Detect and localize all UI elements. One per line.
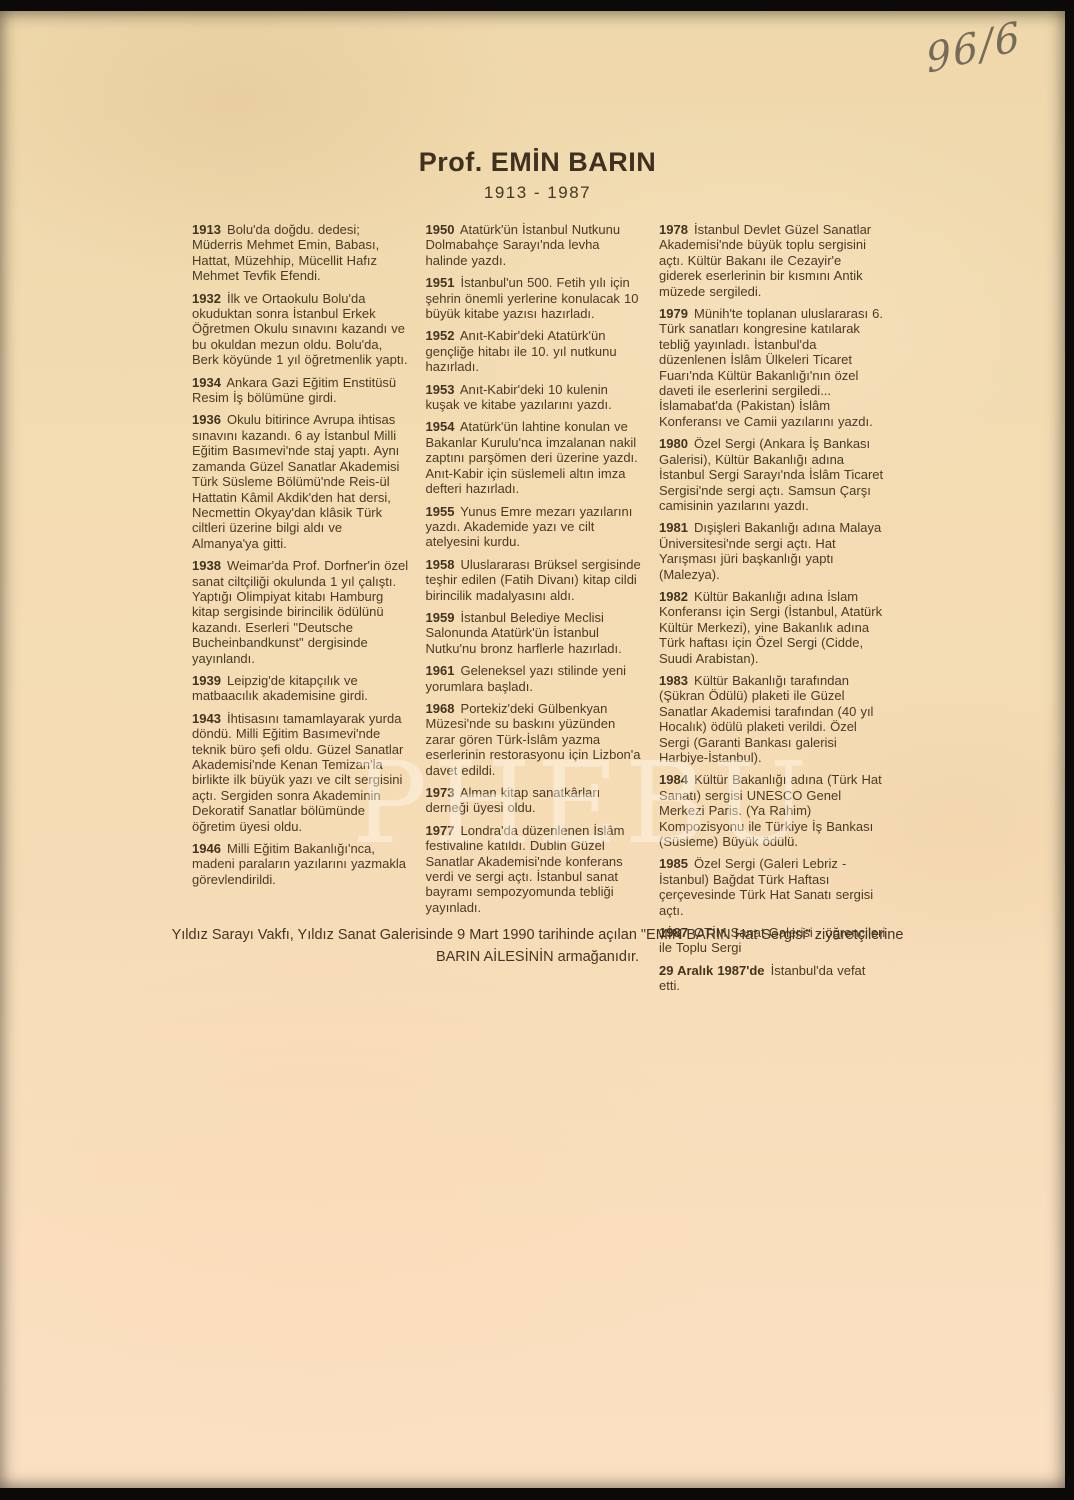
entry-text: Özel Sergi (Ankara İş Bankası Galerisi),… [659,436,883,513]
scanned-document: { "page": { "annotation": "96/6", "water… [0,0,1074,1500]
entry-year: 1978 [659,222,688,237]
timeline-entry: 1936 Okulu bitirince Avrupa ihtisas sına… [192,412,411,551]
entry-text: Anıt-Kabir'deki Atatürk'ün gençliğe hita… [426,328,617,374]
entry-text: İstanbul Belediye Meclisi Salonunda Atat… [426,610,622,656]
entry-year: 1943 [192,711,221,726]
footer-line-2: BARIN AİLESİNİN armağanıdır. [90,946,985,968]
entry-year: 1968 [426,701,455,716]
entry-year: 1951 [426,275,455,290]
entry-year: 1932 [192,291,221,306]
timeline-entry: 1939 Leipzig'de kitapçılık ve matbaacılı… [192,673,411,704]
entry-text: İstanbul Devlet Güzel Sanatlar Akademisi… [659,222,871,299]
timeline-entry: 1952 Anıt-Kabir'deki Atatürk'ün gençliğe… [426,328,645,374]
lifespan-dates: 1913 - 1987 [190,183,885,203]
entry-text: Kültür Bakanlığı adına İslam Konferansı … [659,589,882,666]
entry-year: 1938 [192,558,221,573]
entry-text: Dışişleri Bakanlığı adına Malaya Ünivers… [659,520,881,581]
timeline-columns: 1913 Bolu'da doğdu. dedesi; Müderris Meh… [192,222,887,1001]
timeline-entry: 1932 İlk ve Ortaokulu Bolu'da okuduktan … [192,291,411,368]
entry-text: Weimar'da Prof. Dorfner'in özel sanat ci… [192,558,408,665]
entry-year: 1985 [659,856,688,871]
entry-year: 1950 [426,222,455,237]
paper-sheet: 96/6 Prof. EMİN BARIN 1913 - 1987 1913 B… [0,11,1065,1488]
timeline-entry: 1983 Kültür Bakanlığı tarafından (Şükran… [659,673,887,765]
entry-year: 1983 [659,673,688,688]
entry-year: 1980 [659,436,688,451]
timeline-entry: 1961 Geleneksel yazı stilinde yeni yorum… [426,663,645,694]
entry-year: 1977 [426,823,455,838]
timeline-entry: 1950 Atatürk'ün İstanbul Nutkunu Dolmaba… [426,222,645,268]
entry-year: 1981 [659,520,688,535]
entry-year: 1955 [426,504,455,519]
entry-year: 1954 [426,419,455,434]
entry-year: 1934 [192,375,221,390]
timeline-column-1: 1913 Bolu'da doğdu. dedesi; Müderris Meh… [192,222,411,1001]
timeline-entry: 1980 Özel Sergi (Ankara İş Bankası Galer… [659,436,887,513]
timeline-entry: 1958 Uluslararası Brüksel sergisinde teş… [426,557,645,603]
entry-text: Yunus Emre mezarı yazılarını yazdı. Akad… [426,504,633,550]
entry-text: Özel Sergi (Galeri Lebriz - İstanbul) Ba… [659,856,873,917]
timeline-entry: 1979 Münih'te toplanan uluslararası 6. T… [659,306,887,429]
page-title: Prof. EMİN BARIN [190,147,885,178]
entry-text: Kültür Bakanlığı tarafından (Şükran Ödül… [659,673,873,765]
timeline-entry: 1968 Portekiz'deki Gülbenkyan Müzesi'nde… [426,701,645,778]
dedication-footer: Yıldız Sarayı Vakfı, Yıldız Sanat Galeri… [90,924,985,968]
timeline-entry: 1985 Özel Sergi (Galeri Lebriz - İstanbu… [659,856,887,918]
timeline-entry: 1953 Anıt-Kabir'deki 10 kulenin kuşak ve… [426,382,645,413]
timeline-entry: 1977 Londra'da düzenlenen İslâm festival… [426,823,645,915]
timeline-entry: 1978 İstanbul Devlet Güzel Sanatlar Akad… [659,222,887,299]
entry-text: Ankara Gazi Eğitim Enstitüsü Resim İş bö… [192,375,396,405]
entry-text: Uluslararası Brüksel sergisinde teşhir e… [426,557,641,603]
entry-text: İstanbul'un 500. Fetih yılı için şehrin … [426,275,639,321]
timeline-column-2: 1950 Atatürk'ün İstanbul Nutkunu Dolmaba… [426,222,645,1001]
entry-year: 1936 [192,412,221,427]
entry-text: Okulu bitirince Avrupa ihtisas sınavını … [192,412,399,550]
timeline-column-3: 1978 İstanbul Devlet Güzel Sanatlar Akad… [659,222,887,1001]
timeline-entry: 1954 Atatürk'ün lahtine konulan ve Bakan… [426,419,645,496]
handwritten-annotation: 96/6 [924,13,1024,83]
entry-text: Portekiz'deki Gülbenkyan Müzesi'nde su b… [426,701,641,778]
entry-year: 1952 [426,328,455,343]
entry-year: 1958 [426,557,455,572]
entry-year: 1939 [192,673,221,688]
title-block: Prof. EMİN BARIN 1913 - 1987 [190,147,885,203]
entry-year: 1959 [426,610,455,625]
entry-text: İhtisasını tamamlayarak yurda döndü. Mil… [192,711,403,834]
entry-year: 1961 [426,663,455,678]
timeline-entry: 1934 Ankara Gazi Eğitim Enstitüsü Resim … [192,375,411,406]
entry-year: 1913 [192,222,221,237]
entry-text: Milli Eğitim Bakanlığı'nca, madeni paral… [192,841,406,887]
entry-text: İlk ve Ortaokulu Bolu'da okuduktan sonra… [192,291,408,368]
entry-year: 1973 [426,785,455,800]
timeline-entry: 1955 Yunus Emre mezarı yazılarını yazdı.… [426,504,645,550]
entry-text: Münih'te toplanan uluslararası 6. Türk s… [659,306,883,429]
entry-text: Londra'da düzenlenen İslâm festivaline k… [426,823,625,915]
timeline-entry: 1959 İstanbul Belediye Meclisi Salonunda… [426,610,645,656]
timeline-entry: 1973 Alman kitap sanatkârları derneği üy… [426,785,645,816]
entry-text: Geleneksel yazı stilinde yeni yorumlara … [426,663,627,693]
entry-year: 1982 [659,589,688,604]
entry-year: 1979 [659,306,688,321]
timeline-entry: 1943 İhtisasını tamamlayarak yurda döndü… [192,711,411,834]
timeline-entry: 1984 Kültür Bakanlığı adına (Türk Hat Sa… [659,772,887,849]
timeline-entry: 1913 Bolu'da doğdu. dedesi; Müderris Meh… [192,222,411,284]
entry-year: 1946 [192,841,221,856]
timeline-entry: 1951 İstanbul'un 500. Fetih yılı için şe… [426,275,645,321]
entry-year: 1984 [659,772,688,787]
entry-text: Atatürk'ün İstanbul Nutkunu Dolmabahçe S… [426,222,621,268]
entry-text: Atatürk'ün lahtine konulan ve Bakanlar K… [426,419,638,496]
entry-year: 1953 [426,382,455,397]
entry-text: Kültür Bakanlığı adına (Türk Hat Sanatı)… [659,772,882,849]
timeline-entry: 1946 Milli Eğitim Bakanlığı'nca, madeni … [192,841,411,887]
timeline-entry: 1938 Weimar'da Prof. Dorfner'in özel san… [192,558,411,666]
timeline-entry: 1982 Kültür Bakanlığı adına İslam Konfer… [659,589,887,666]
timeline-entry: 1981 Dışişleri Bakanlığı adına Malaya Ün… [659,520,887,582]
footer-line-1: Yıldız Sarayı Vakfı, Yıldız Sanat Galeri… [90,924,985,946]
